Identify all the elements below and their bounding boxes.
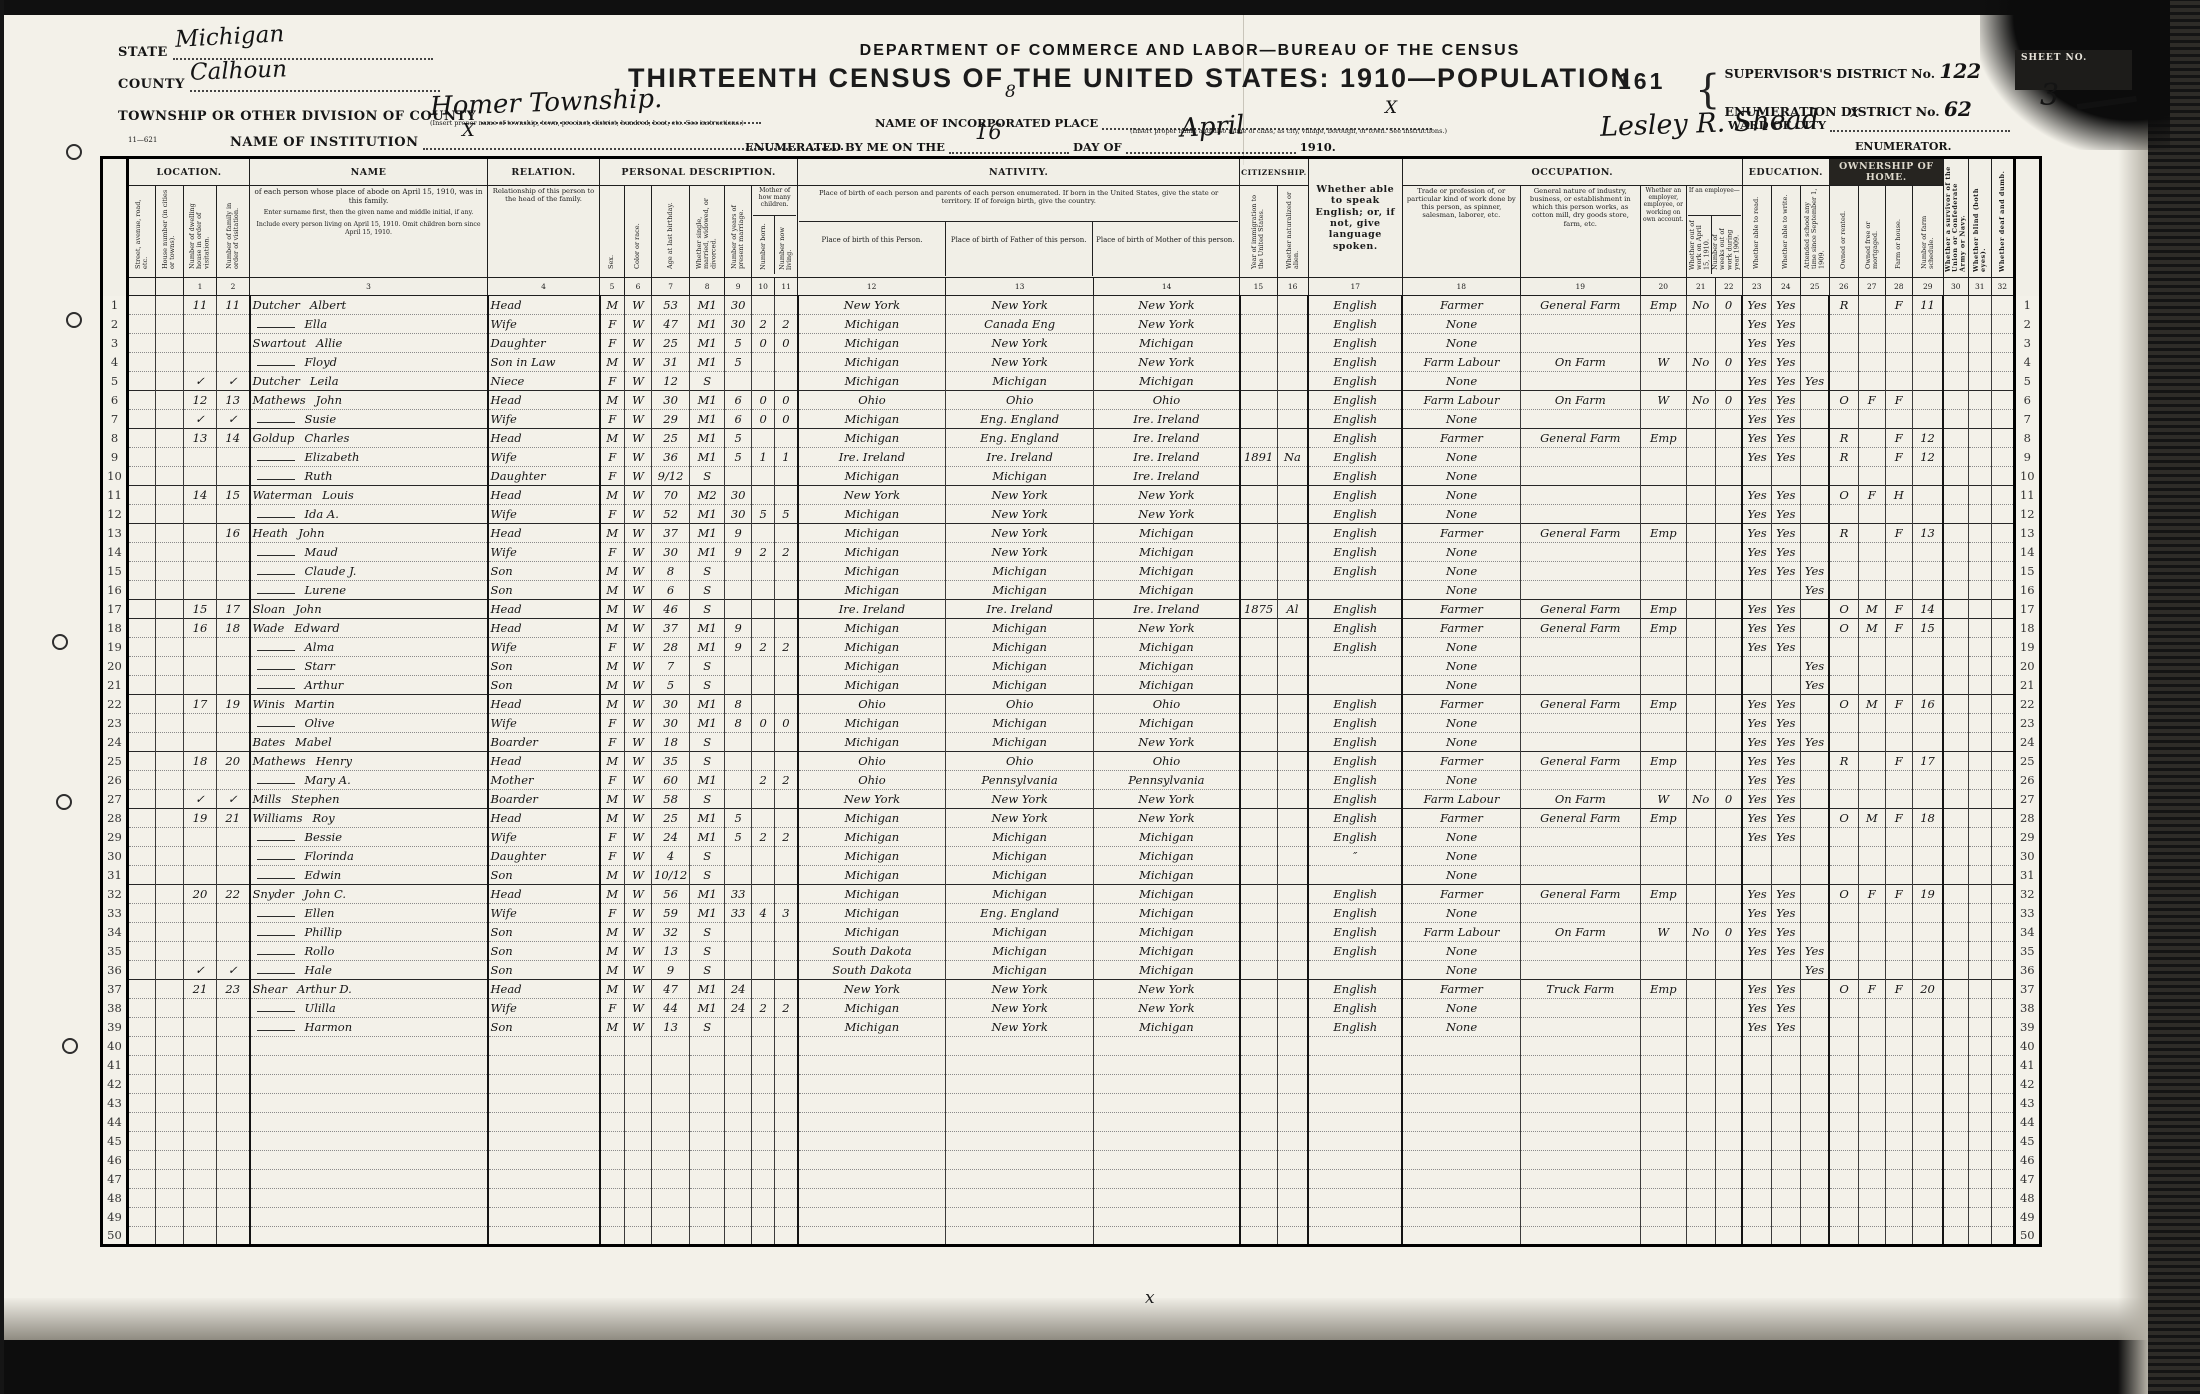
cell-pb: Michigan [798,847,946,866]
cell-cb [752,1094,775,1113]
cell-emp: Emp [1640,296,1686,315]
cell-na [1277,543,1308,562]
cell-pb: Michigan [798,866,946,885]
cell-pb [798,1037,946,1056]
cell-lv [775,942,798,961]
cell-pf: Ohio [946,391,1094,410]
cell-sx: M [600,942,625,961]
cell-wk [1715,410,1742,429]
table-row: 23OliveWifeFW30M1800MichiganMichiganMich… [102,714,2041,733]
cell-en: English [1308,524,1402,543]
cell-lv [775,1056,798,1075]
cell-ow [1686,334,1715,353]
ditto-mark [257,320,295,328]
cell-cb [752,885,775,904]
col-header-children-born: Number born. [753,216,774,274]
cell-tr: None [1402,771,1520,790]
cell-pm: Michigan [1094,657,1240,676]
cell-bd [1968,714,1991,733]
page-title: THIRTEENTH CENSUS OF THE UNITED STATES: … [520,63,1740,94]
cell-pf: Michigan [946,885,1094,904]
cell-pb [798,1132,946,1151]
row-number-left: 6 [102,391,128,410]
cell-tr: None [1402,1018,1520,1037]
cell-fg: M [1858,600,1885,619]
cell-sc [1800,315,1829,334]
cell-st [128,467,156,486]
cell-fm [217,904,250,923]
cell-ag [652,1113,690,1132]
cell-fg: M [1858,619,1885,638]
cell-bd [1968,1018,1991,1037]
cell-cl: W [625,828,652,847]
cell-st [128,1227,156,1246]
cell-df [1991,334,2014,353]
row-number-right: 15 [2014,562,2040,581]
cell-ind [1520,676,1640,695]
cell-vt [1943,467,1968,486]
cell-ho [1829,1113,1858,1132]
column-number: 17 [1308,278,1402,296]
cell-en: English [1308,999,1402,1018]
cell-cl: W [625,942,652,961]
given-name: Charles [304,431,349,445]
surname: Waterman [253,488,313,502]
cell-pf: New York [946,334,1094,353]
cell-rel: Son [488,1018,600,1037]
cell-ind [1520,410,1640,429]
cell-name: WilliamsRoy [250,809,488,828]
cell-vt [1943,1075,1968,1094]
cell-iy: 1891 [1240,448,1277,467]
cell-cl [625,1208,652,1227]
cell-cl: W [625,885,652,904]
cell-cl: W [625,676,652,695]
cell-cb [752,1189,775,1208]
cell-ho [1829,353,1858,372]
cell-emp: W [1640,790,1686,809]
cell-bd [1968,1075,1991,1094]
cell-iy [1240,486,1277,505]
cell-st [128,961,156,980]
cell-st [128,448,156,467]
cell-ow [1686,410,1715,429]
cell-vt [1943,1151,1968,1170]
cell-en: English [1308,448,1402,467]
col-header-industry: General nature of industry, business, or… [1520,186,1640,278]
col-group-ownership: OWNERSHIP OF HOME. [1829,158,1943,186]
cell-ho: O [1829,885,1858,904]
table-row: 14MaudWifeFW30M1922MichiganNew YorkMichi… [102,543,2041,562]
cell-pb: Ire. Ireland [798,448,946,467]
given-name: Stephen [291,792,339,806]
cell-hn [156,1151,184,1170]
cell-rd: Yes [1742,790,1771,809]
cell-ag: 13 [652,942,690,961]
cell-pm: Michigan [1094,942,1240,961]
cell-wk [1715,334,1742,353]
cell-dw [184,1113,217,1132]
cell-wk [1715,1189,1742,1208]
cell-pm: New York [1094,999,1240,1018]
cell-fh: F [1885,809,1912,828]
cell-ho: R [1829,429,1858,448]
table-row: 221719WinisMartinHeadMW30M18OhioOhioOhio… [102,695,2041,714]
given-name: Ruth [305,469,333,483]
cell-pm [1094,1189,1240,1208]
table-row: 34PhillipSonMW32SMichiganMichiganMichiga… [102,923,2041,942]
cell-fh [1885,1170,1912,1189]
cell-iy: 1875 [1240,600,1277,619]
cell-rel: Head [488,391,600,410]
cell-ym [725,866,752,885]
ditto-mark [257,719,295,727]
cell-cl [625,1132,652,1151]
table-row: 29BessieWifeFW24M1522MichiganMichiganMic… [102,828,2041,847]
cell-pm: New York [1094,315,1240,334]
cell-ym [725,752,752,771]
cell-fm [217,562,250,581]
row-number-right: 24 [2014,733,2040,752]
cell-ag: 25 [652,334,690,353]
cell-ind: General Farm [1520,885,1640,904]
row-number-right: 8 [2014,429,2040,448]
cell-bd [1968,1189,1991,1208]
cell-wk: 0 [1715,391,1742,410]
cell-cl: W [625,638,652,657]
cell-ag: 28 [652,638,690,657]
cell-pm: New York [1094,353,1240,372]
cell-rel: Head [488,429,600,448]
cell-ms: S [690,847,725,866]
cell-name: Maud [250,543,488,562]
cell-rel: Wife [488,410,600,429]
cell-vt [1943,904,1968,923]
cell-ho: O [1829,486,1858,505]
cell-tr: Farmer [1402,885,1520,904]
cell-sc [1800,619,1829,638]
cell-fm: 19 [217,695,250,714]
cell-pb: New York [798,486,946,505]
cell-fg [1858,505,1885,524]
cell-rd [1742,1132,1771,1151]
cell-ag: 10/12 [652,866,690,885]
cell-lv: 1 [775,448,798,467]
cell-emp: Emp [1640,695,1686,714]
row-number-right: 19 [2014,638,2040,657]
ditto-mark [257,510,295,518]
cell-pb: Michigan [798,524,946,543]
cell-pm: New York [1094,619,1240,638]
cell-vt [1943,676,1968,695]
cell-lv: 2 [775,315,798,334]
punch-hole [66,312,82,328]
column-number: 15 [1240,278,1277,296]
col-header-relation: Relationship of this person to the head … [488,186,600,278]
cell-ms [690,1208,725,1227]
row-number-right: 12 [2014,505,2040,524]
col-header-farm-house: Farm or house. [1885,186,1912,278]
cell-pm: New York [1094,296,1240,315]
cell-en: English [1308,296,1402,315]
cell-rel: Boarder [488,790,600,809]
cell-na [1277,315,1308,334]
cell-wk [1715,771,1742,790]
cell-ind [1520,1132,1640,1151]
cell-tr: None [1402,581,1520,600]
cell-wk [1715,809,1742,828]
cell-cb: 1 [752,448,775,467]
cell-sx [600,1075,625,1094]
incorporated-mark: 8 [1005,82,1016,102]
cell-fh [1885,543,1912,562]
cell-st [128,714,156,733]
cell-sx [600,1132,625,1151]
table-row: 20StarrSonMW7SMichiganMichiganMichiganNo… [102,657,2041,676]
cell-ow [1686,1056,1715,1075]
cell-vt [1943,429,1968,448]
ditto-mark [257,453,295,461]
cell-na [1277,790,1308,809]
cell-wr: Yes [1771,296,1800,315]
cell-rd [1742,1170,1771,1189]
cell-pf [946,1189,1094,1208]
cell-ho [1829,999,1858,1018]
cell-df [1991,923,2014,942]
cell-fh [1885,1132,1912,1151]
cell-fm [217,1151,250,1170]
cell-fm [217,467,250,486]
cell-rd: Yes [1742,942,1771,961]
cell-bd [1968,1037,1991,1056]
cell-dw: 14 [184,486,217,505]
cell-tr [1402,1056,1520,1075]
cell-ms: M1 [690,448,725,467]
table-row: 181618WadeEdwardHeadMW37M19MichiganMichi… [102,619,2041,638]
cell-ms: S [690,733,725,752]
name-note2: Include every person living on April 15,… [251,221,486,237]
cell-ag: 25 [652,429,690,448]
row-number-left: 9 [102,448,128,467]
table-row: 3SwartoutAllieDaughterFW25M1500MichiganN… [102,334,2041,353]
cell-na [1277,1037,1308,1056]
cell-fh: F [1885,391,1912,410]
cell-wr [1771,1056,1800,1075]
cell-pf: Michigan [946,467,1094,486]
cell-ow: No [1686,790,1715,809]
cell-lv [775,809,798,828]
supervisor-line: SUPERVISOR'S DISTRICT No. 122 [1724,52,1981,90]
given-name: Hale [305,963,332,977]
cell-cb [752,980,775,999]
cell-tr: None [1402,999,1520,1018]
table-row: 30FlorindaDaughterFW4SMichiganMichiganMi… [102,847,2041,866]
cell-iy [1240,714,1277,733]
cell-ms: M1 [690,619,725,638]
cell-ho [1829,638,1858,657]
cell-ms: M1 [690,904,725,923]
cell-sc [1800,1113,1829,1132]
cell-na [1277,1113,1308,1132]
cell-wr: Yes [1771,828,1800,847]
cell-hn [156,315,184,334]
cell-emp [1640,1208,1686,1227]
cell-fh [1885,999,1912,1018]
cell-bd [1968,372,1991,391]
col-header-read: Whether able to read. [1742,186,1771,278]
cell-ow [1686,1208,1715,1227]
row-number-right: 18 [2014,619,2040,638]
cell-fh [1885,334,1912,353]
cell-ind [1520,1189,1640,1208]
cell-pm [1094,1094,1240,1113]
cell-ow [1686,581,1715,600]
nativity-desc: Place of birth of each person and parent… [799,187,1238,222]
cell-wk [1715,847,1742,866]
cell-pf [946,1037,1094,1056]
cell-rel: Son [488,657,600,676]
cell-cl [625,1113,652,1132]
cell-ind: Truck Farm [1520,980,1640,999]
cell-fg [1858,1189,1885,1208]
table-row: 16LureneSonMW6SMichiganMichiganMichiganN… [102,581,2041,600]
cell-st [128,486,156,505]
cell-cb [752,353,775,372]
cell-ym: 24 [725,980,752,999]
cell-wk [1715,1018,1742,1037]
cell-pm [1094,1056,1240,1075]
table-row: 21ArthurSonMW5SMichiganMichiganMichiganN… [102,676,2041,695]
cell-vt [1943,410,1968,429]
cell-en [1308,1037,1402,1056]
row-number-left: 46 [102,1151,128,1170]
cell-tr: Farmer [1402,752,1520,771]
cell-fg [1858,904,1885,923]
cell-st [128,1132,156,1151]
cell-en: ″ [1308,847,1402,866]
cell-pf [946,1094,1094,1113]
cell-na [1277,1075,1308,1094]
cell-df [1991,1151,2014,1170]
given-name: Albert [310,298,346,312]
cell-ho [1829,1037,1858,1056]
cell-ho [1829,828,1858,847]
cell-pf: Michigan [946,657,1094,676]
table-row: 5✓✓DutcherLeilaNieceFW12SMichiganMichiga… [102,372,2041,391]
cell-fn [1912,676,1943,695]
cell-pb: Michigan [798,638,946,657]
cell-wr: Yes [1771,391,1800,410]
column-number: 8 [690,278,725,296]
row-number-left: 50 [102,1227,128,1246]
cell-ind [1520,828,1640,847]
cell-df [1991,980,2014,999]
county-value: Calhoun [190,56,288,85]
column-number: 21 [1686,278,1715,296]
cell-sx [600,1170,625,1189]
cell-hn [156,296,184,315]
cell-en [1308,1208,1402,1227]
cell-ho: O [1829,619,1858,638]
cell-wk [1715,1208,1742,1227]
cell-name: Florinda [250,847,488,866]
state-label-text: STATE [118,45,168,60]
col-header-owned: Owned or rented. [1829,186,1858,278]
cell-na [1277,486,1308,505]
supervisor-label: SUPERVISOR'S DISTRICT No. [1724,66,1935,81]
cell-emp [1640,581,1686,600]
if-employee-label: If an employee— [1688,187,1741,216]
cell-en: English [1308,429,1402,448]
cell-vt [1943,961,1968,980]
cell-pm: Michigan [1094,1018,1240,1037]
row-number-left: 33 [102,904,128,923]
cell-tr: None [1402,657,1520,676]
cell-st [128,562,156,581]
cell-ag: 30 [652,695,690,714]
cell-en: English [1308,980,1402,999]
cell-pb: Michigan [798,372,946,391]
cell-cl: W [625,866,652,885]
cell-pb [798,1075,946,1094]
cell-fm: 20 [217,752,250,771]
cell-name: DutcherLeila [250,372,488,391]
row-number-left: 16 [102,581,128,600]
cell-sc [1800,999,1829,1018]
cell-pb: Michigan [798,543,946,562]
cell-bd [1968,543,1991,562]
cell-bd [1968,885,1991,904]
cell-ind [1520,543,1640,562]
cell-ms [690,1094,725,1113]
row-number-right: 45 [2014,1132,2040,1151]
table-row: 4242 [102,1075,2041,1094]
cell-rel [488,1056,600,1075]
cell-tr: None [1402,847,1520,866]
cell-st [128,942,156,961]
cell-dw [184,828,217,847]
cell-lv [775,1170,798,1189]
cell-lv [775,372,798,391]
cell-cb [752,1132,775,1151]
cell-tr [1402,1227,1520,1246]
cell-ms: M1 [690,315,725,334]
cell-pm: Michigan [1094,676,1240,695]
cell-iy [1240,372,1277,391]
cell-fm [217,315,250,334]
cell-tr [1402,1170,1520,1189]
cell-lv: 2 [775,999,798,1018]
cell-ind [1520,315,1640,334]
cell-wr [1771,1170,1800,1189]
cell-name: Mary A. [250,771,488,790]
column-number: 6 [625,278,652,296]
cell-fg [1858,296,1885,315]
cell-df [1991,543,2014,562]
row-number-right: 3 [2014,334,2040,353]
cell-name: Arthur [250,676,488,695]
cell-sc: Yes [1800,676,1829,695]
given-name: Susie [305,412,337,426]
cell-wr: Yes [1771,771,1800,790]
enumerated-day: 16 [975,120,1002,144]
cell-vt [1943,980,1968,999]
cell-fg [1858,752,1885,771]
cell-wr: Yes [1771,619,1800,638]
cell-sx: F [600,334,625,353]
table-row: 11111DutcherAlbertHeadMW53M130New YorkNe… [102,296,2041,315]
cell-pm: Michigan [1094,524,1240,543]
